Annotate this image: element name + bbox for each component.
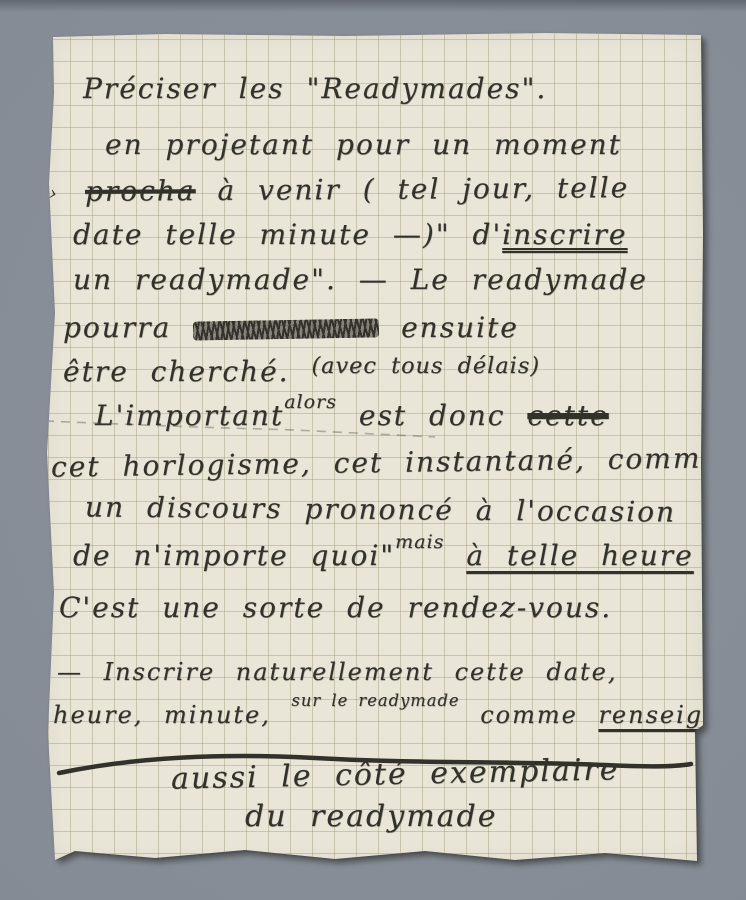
text-segment: Préciser les "Readymades". (83, 72, 547, 105)
manuscript-line: un readymade". — Le readymade (73, 263, 648, 296)
manuscript-line: C'est une sorte de rendez-vous. (59, 591, 612, 624)
manuscript-line: pourra ensuite (63, 311, 519, 344)
paper-sheet: › Préciser les "Readymades".en projetant… (45, 33, 703, 863)
underlined-word: à telle heure (466, 539, 693, 572)
paper-edge-shadow (697, 727, 703, 859)
manuscript-line: date telle minute —)" d'inscrire (73, 218, 628, 251)
text-segment: C'est une sorte de rendez-vous. (59, 591, 612, 624)
text-segment: ensuite (379, 311, 519, 344)
text-segment: pourra (63, 311, 193, 344)
manuscript-line: heure, minute, sur le readymade comme re… (53, 701, 746, 729)
manuscript-line: de n'importe quoi"mais à telle heure (73, 539, 694, 572)
underlined-word: inscrire (502, 218, 627, 251)
text-segment: comme (460, 701, 599, 729)
text-segment: en projetant pour un moment (105, 128, 622, 161)
interlinear-insertion: sur le readymade (292, 691, 460, 710)
photo-background: › Préciser les "Readymades".en projetant… (0, 0, 746, 900)
text-segment: être cherché. (63, 355, 311, 388)
manuscript-line: en projetant pour un moment (105, 128, 622, 161)
manuscript-line: un discours prononcé à l'occasion (85, 490, 676, 528)
text-segment (444, 539, 466, 572)
manuscript-line: Préciser les "Readymades". (83, 72, 547, 105)
text-segment: date telle minute —)" d' (73, 218, 502, 251)
scribbled-out-word: cette (527, 399, 608, 432)
text-segment: un discours prononcé à l'occasion (85, 490, 676, 528)
underlined-word: renseignements (598, 701, 746, 729)
interlinear-insertion: mais (395, 531, 444, 553)
text-segment: de n'importe quoi" (73, 539, 395, 572)
manuscript-line: — Inscrire naturellement cette date, (57, 658, 617, 686)
manuscript-line: être cherché. (avec tous délais) (63, 355, 540, 388)
text-segment: heure, minute, (53, 701, 292, 729)
text-segment: du readymade (245, 799, 498, 834)
scribbled-out-word (193, 318, 379, 340)
manuscript-paper: › Préciser les "Readymades".en projetant… (45, 33, 703, 863)
struck-word: procha (85, 174, 196, 208)
inline-insertion: (avec tous délais) (311, 353, 540, 379)
manuscript-line: procha à venir ( tel jour, telle (85, 171, 629, 208)
faint-pencil-line (45, 413, 445, 443)
text-segment: — Inscrire naturellement cette date, (57, 658, 617, 686)
interlinear-insertion: alors (284, 391, 337, 413)
text-segment: un readymade". — Le readymade (73, 263, 648, 296)
manuscript-line: du readymade (245, 799, 498, 834)
long-horizontal-stroke (45, 745, 703, 787)
text-segment: à venir ( tel jour, telle (195, 171, 629, 207)
